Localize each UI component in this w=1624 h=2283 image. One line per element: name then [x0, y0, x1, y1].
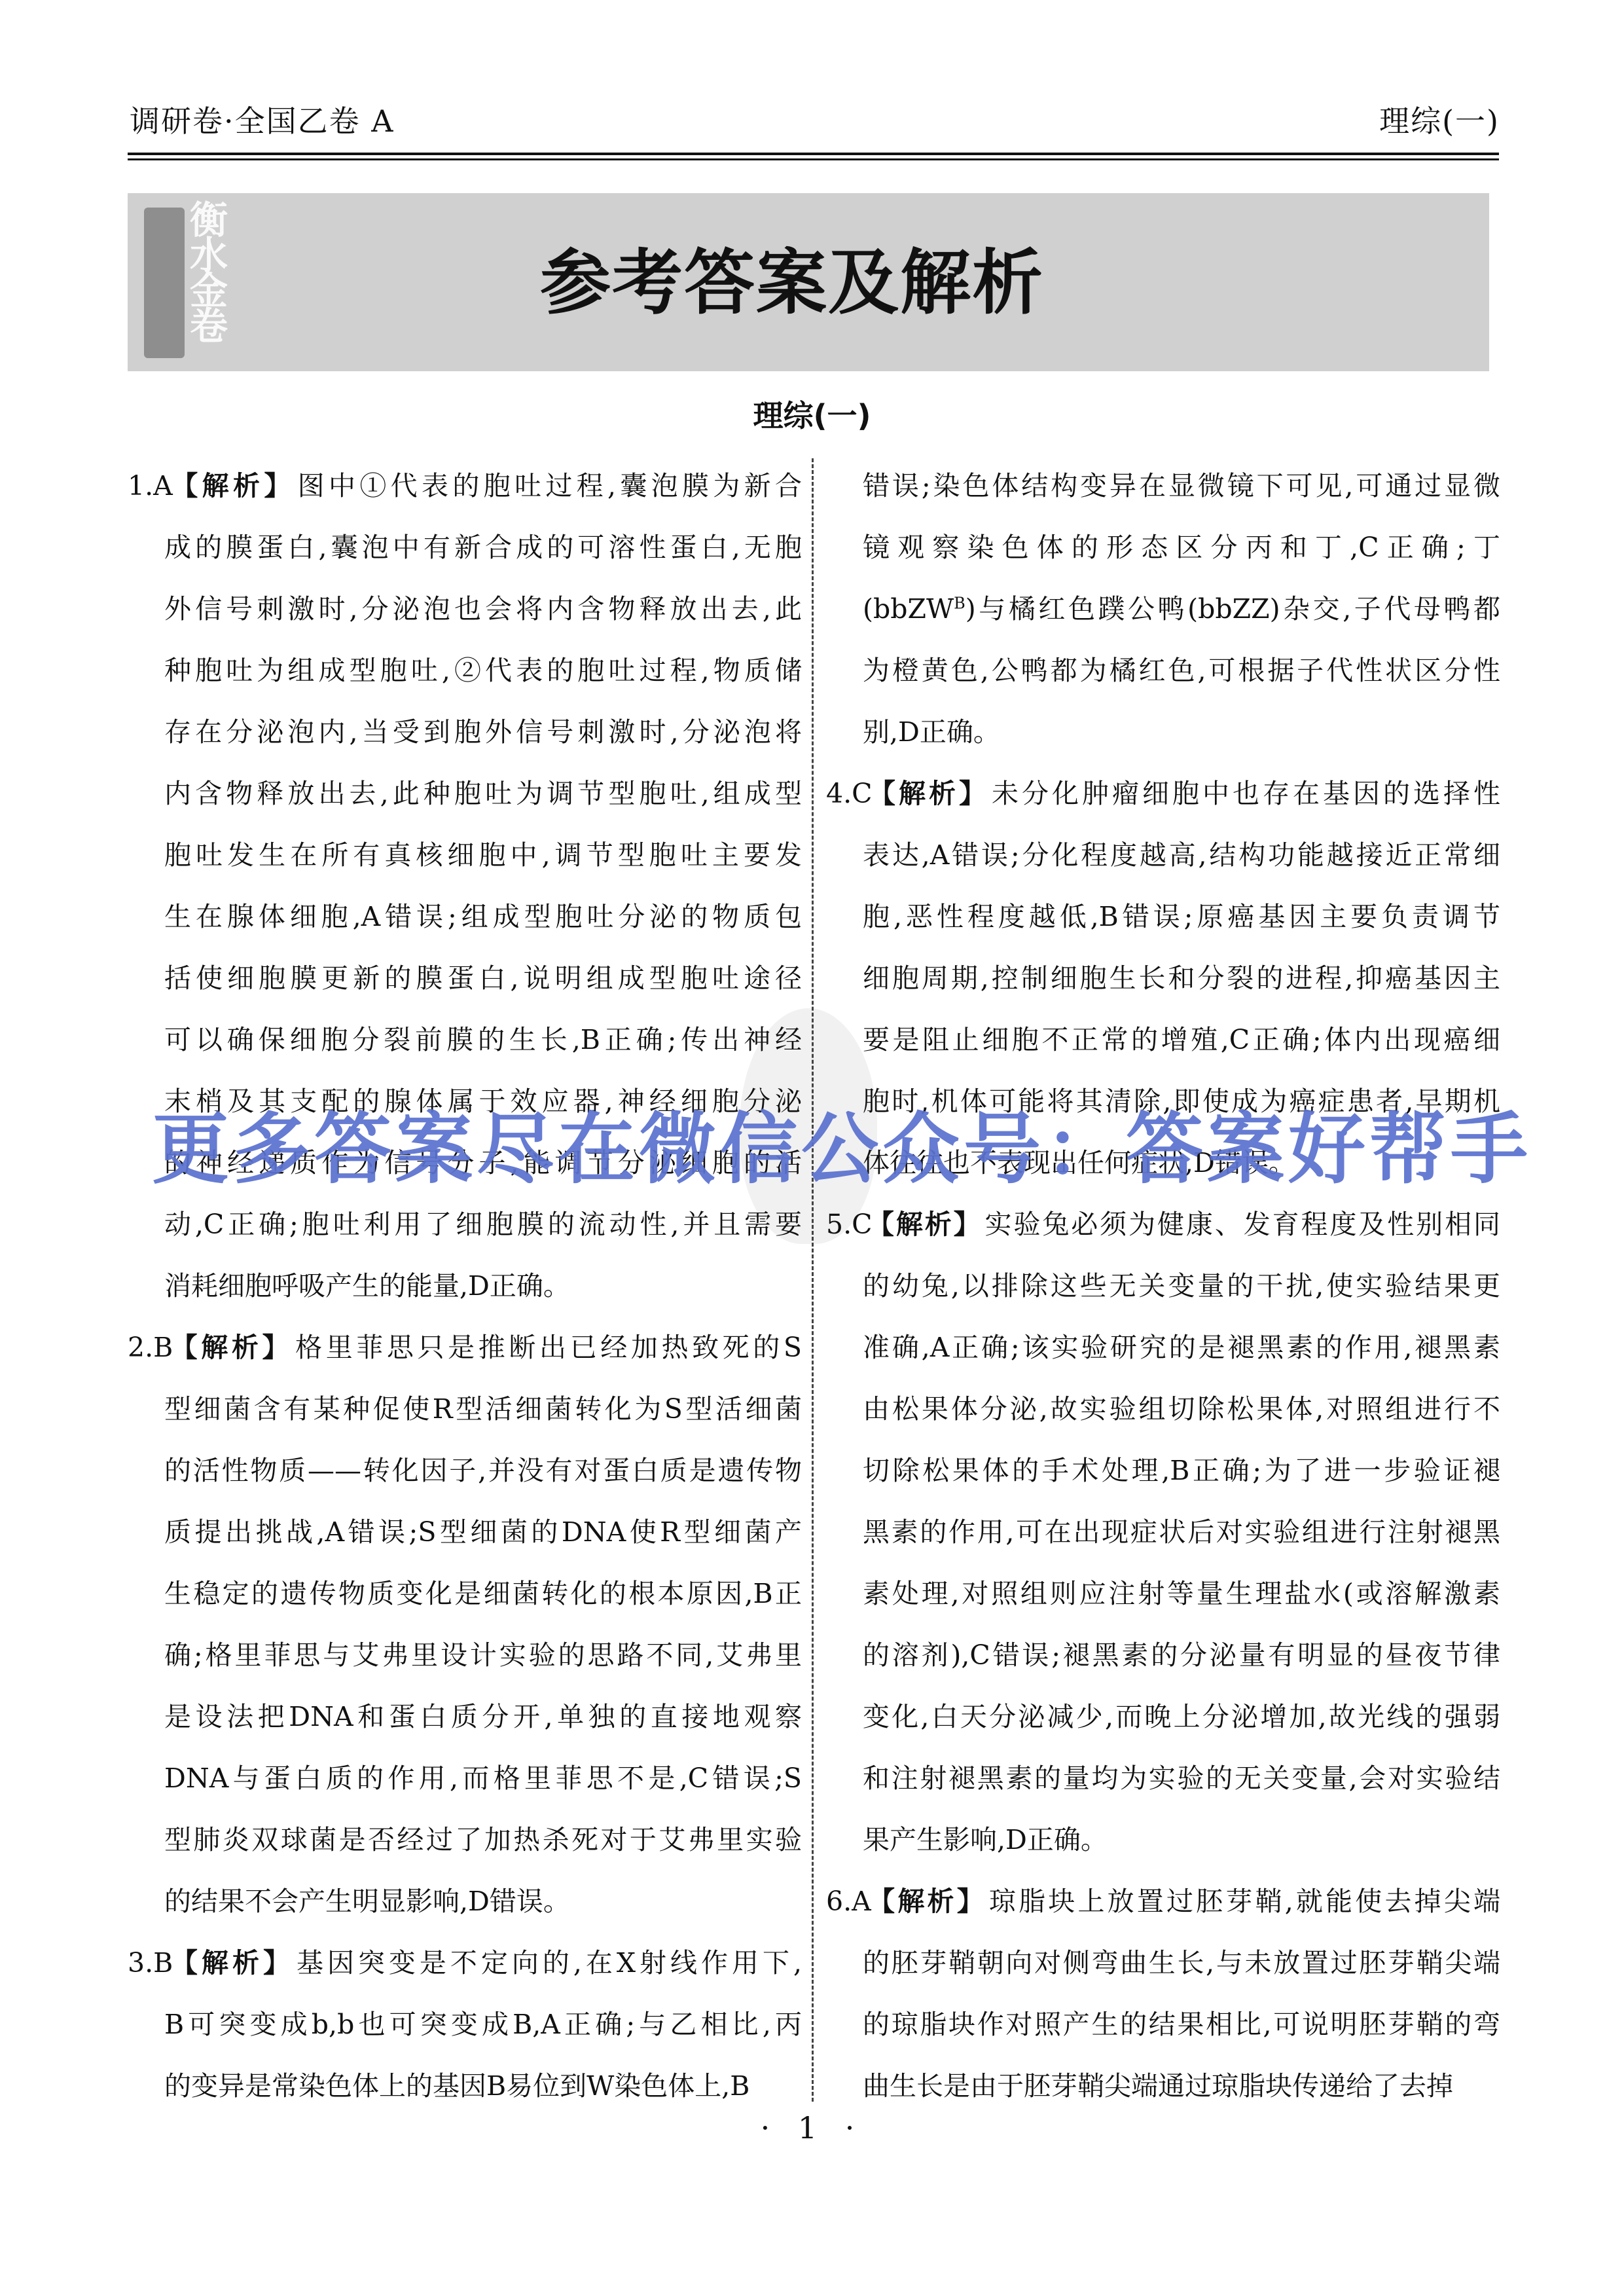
answer-line: 镜观察染色体的形态区分丙和丁,C正确;丁	[826, 517, 1500, 578]
page-number: · 1 ·	[0, 2105, 1624, 2151]
answer-text: 别,D正确。	[863, 716, 1000, 748]
answer-line: 型肺炎双球菌是否经过了加热杀死对于艾弗里实验	[128, 1809, 802, 1871]
answer-text: 琼脂块上放置过胚芽鞘,就能使去掉尖端	[989, 1886, 1500, 1917]
header-rule-thick	[128, 153, 1499, 155]
answer-line: 1.A【解析】图中①代表的胞吐过程,囊泡膜为新合	[128, 455, 802, 517]
answer-line: 的结果不会产生明显影响,D错误。	[128, 1871, 802, 1932]
answer-line: 素处理,对照组则应注射等量生理盐水(或溶解激素	[826, 1563, 1500, 1624]
answer-text: 生稳定的遗传物质变化是细菌转化的根本原因,B正	[164, 1578, 802, 1609]
answer-number: 3.B	[128, 1932, 167, 1994]
title-banner: 衡水金卷 参考答案及解析	[128, 193, 1489, 371]
answer-text: 变化,白天分泌减少,而晚上分泌增加,故光线的强弱	[863, 1701, 1500, 1732]
answer-line: 可以确保细胞分裂前膜的生长,B正确;传出神经	[128, 1009, 802, 1070]
answer-text: DNA与蛋白质的作用,而格里菲思不是,C错误;S	[164, 1762, 802, 1794]
answer-text: 存在分泌泡内,当受到胞外信号刺激时,分泌泡将	[164, 716, 802, 748]
answer-line: 果产生影响,D正确。	[826, 1809, 1500, 1871]
analysis-tag: 【解析】	[865, 1209, 983, 1240]
running-header: 调研卷·全国乙卷 A 理综(一)	[130, 98, 1500, 144]
answer-line: 准确,A正确;该实验研究的是褪黑素的作用,褪黑素	[826, 1317, 1500, 1378]
answer-text: 图中①代表的胞吐过程,囊泡膜为新合	[298, 470, 802, 502]
answer-text: 括使细胞膜更新的膜蛋白,说明组成型胞吐途径	[164, 962, 802, 994]
answer-number: 4.C	[826, 763, 865, 824]
answer-line: 和注射褪黑素的量均为实验的无关变量,会对实验结	[826, 1747, 1500, 1809]
answer-text: 胞,恶性程度越低,B错误;原癌基因主要负责调节	[863, 901, 1500, 932]
answer-line: 质提出挑战,A错误;S型细菌的DNA使R型细菌产	[128, 1501, 802, 1563]
answer-line: 生稳定的遗传物质变化是细菌转化的根本原因,B正	[128, 1563, 802, 1624]
answer-column-right: 错误;染色体结构变异在显微镜下可见,可通过显微镜观察染色体的形态区分丙和丁,C正…	[826, 455, 1500, 2117]
answer-text: 的幼兔,以排除这些无关变量的干扰,使实验结果更	[863, 1270, 1500, 1302]
answer-text: 的胚芽鞘朝向对侧弯曲生长,与未放置过胚芽鞘尖端	[863, 1947, 1500, 1979]
answer-number: 2.B	[128, 1317, 167, 1378]
answer-text: 种胞吐为组成型胞吐,②代表的胞吐过程,物质储	[164, 655, 802, 686]
answer-item: 2.B【解析】格里菲思只是推断出已经加热致死的S型细菌含有某种促使R型活细菌转化…	[128, 1317, 802, 1932]
answer-item: 5.C【解析】实验兔必须为健康、发育程度及性别相同的幼兔,以排除这些无关变量的干…	[826, 1194, 1500, 1871]
answer-text: 曲生长是由于胚芽鞘尖端通过琼脂块传递给了去掉	[863, 2070, 1453, 2102]
promo-watermark: 更多答案尽在微信公众号：答案好帮手	[152, 1100, 1474, 1198]
answer-line: 别,D正确。	[826, 701, 1500, 763]
answer-text: 切除松果体的手术处理,B正确;为了进一步验证褪	[863, 1455, 1500, 1486]
answer-line: 括使细胞膜更新的膜蛋白,说明组成型胞吐途径	[128, 947, 802, 1009]
answer-line: 2.B【解析】格里菲思只是推断出已经加热致死的S	[128, 1317, 802, 1378]
answer-text: 成的膜蛋白,囊泡中有新合成的可溶性蛋白,无胞	[164, 532, 802, 563]
answer-text: 黑素的作用,可在出现症状后对实验组进行注射褪黑	[863, 1516, 1500, 1548]
answer-text: 外信号刺激时,分泌泡也会将内含物释放出去,此	[164, 593, 802, 625]
answer-line: 的幼兔,以排除这些无关变量的干扰,使实验结果更	[826, 1255, 1500, 1317]
answer-text: 基因突变是不定向的,在X射线作用下,	[297, 1947, 802, 1979]
answer-text: 要是阻止细胞不正常的增殖,C正确;体内出现癌细	[863, 1024, 1500, 1055]
answer-text: 消耗细胞呼吸产生的能量,D正确。	[164, 1270, 570, 1302]
answer-line: 型细菌含有某种促使R型活细菌转化为S型活细菌	[128, 1378, 802, 1440]
answer-line: 黑素的作用,可在出现症状后对实验组进行注射褪黑	[826, 1501, 1500, 1563]
answer-text: 的琼脂块作对照产生的结果相比,可说明胚芽鞘的弯	[863, 2009, 1500, 2040]
answer-line: 为橙黄色,公鸭都为橘红色,可根据子代性状区分性	[826, 640, 1500, 701]
answer-text: 素处理,对照组则应注射等量生理盐水(或溶解激素	[863, 1578, 1500, 1609]
answer-text: 果产生影响,D正确。	[863, 1824, 1108, 1855]
answer-text: 准确,A正确;该实验研究的是褪黑素的作用,褪黑素	[863, 1332, 1500, 1363]
answer-line: 成的膜蛋白,囊泡中有新合成的可溶性蛋白,无胞	[128, 517, 802, 578]
answer-text: 胞吐发生在所有真核细胞中,调节型胞吐主要发	[164, 839, 802, 871]
answer-text: 实验兔必须为健康、发育程度及性别相同	[985, 1209, 1500, 1240]
section-title: 理综(一)	[0, 393, 1624, 439]
answer-line: DNA与蛋白质的作用,而格里菲思不是,C错误;S	[128, 1747, 802, 1809]
answer-line: 变化,白天分泌减少,而晚上分泌增加,故光线的强弱	[826, 1686, 1500, 1747]
answer-item: 错误;染色体结构变异在显微镜下可见,可通过显微镜观察染色体的形态区分丙和丁,C正…	[826, 455, 1500, 763]
answer-line: 消耗细胞呼吸产生的能量,D正确。	[128, 1255, 802, 1317]
answer-number: 6.A	[826, 1871, 865, 1932]
analysis-tag: 【解析】	[167, 1947, 294, 1979]
answer-text: 内含物释放出去,此种胞吐为调节型胞吐,组成型	[164, 778, 802, 809]
answer-text: 是设法把DNA和蛋白质分开,单独的直接地观察	[164, 1701, 802, 1732]
answer-line: 4.C【解析】未分化肿瘤细胞中也存在基因的选择性	[826, 763, 1500, 824]
answer-line: 表达,A错误;分化程度越高,结构功能越接近正常细	[826, 824, 1500, 886]
answer-line: 错误;染色体结构变异在显微镜下可见,可通过显微	[826, 455, 1500, 517]
answer-text: 的溶剂),C错误;褪黑素的分泌量有明显的昼夜节律	[863, 1639, 1500, 1671]
answer-text: 型细菌含有某种促使R型活细菌转化为S型活细菌	[164, 1393, 802, 1425]
answer-line: (bbZWB)与橘红色蹼公鸭(bbZZ)杂交,子代母鸭都	[826, 578, 1500, 640]
answer-text: 的变异是常染色体上的基因B易位到W染色体上,B	[164, 2070, 749, 2102]
answer-line: 5.C【解析】实验兔必须为健康、发育程度及性别相同	[826, 1194, 1500, 1255]
answer-line: 的溶剂),C错误;褪黑素的分泌量有明显的昼夜节律	[826, 1624, 1500, 1686]
logo-text: 衡水金卷	[134, 200, 226, 363]
answer-text: 动,C正确;胞吐利用了细胞膜的流动性,并且需要	[164, 1209, 802, 1240]
answer-text: 为橙黄色,公鸭都为橘红色,可根据子代性状区分性	[863, 655, 1500, 686]
answer-line: 6.A【解析】琼脂块上放置过胚芽鞘,就能使去掉尖端	[826, 1871, 1500, 1932]
analysis-tag: 【解析】	[167, 1332, 293, 1363]
answer-item: 3.B【解析】基因突变是不定向的,在X射线作用下,B可突变成b,b也可突变成B,…	[128, 1932, 802, 2117]
answer-column-left: 1.A【解析】图中①代表的胞吐过程,囊泡膜为新合成的膜蛋白,囊泡中有新合成的可溶…	[128, 455, 802, 2117]
answer-text: 格里菲思只是推断出已经加热致死的S	[295, 1332, 802, 1363]
answer-line: 由松果体分泌,故实验组切除松果体,对照组进行不	[826, 1378, 1500, 1440]
answer-text: 的结果不会产生明显影响,D错误。	[164, 1886, 570, 1917]
answer-number: 5.C	[826, 1194, 865, 1255]
answer-text: 的活性物质——转化因子,并没有对蛋白质是遗传物	[164, 1455, 802, 1486]
answer-line: 动,C正确;胞吐利用了细胞膜的流动性,并且需要	[128, 1194, 802, 1255]
answer-text: 镜观察染色体的形态区分丙和丁,C正确;丁	[863, 532, 1500, 563]
answer-line: 切除松果体的手术处理,B正确;为了进一步验证褪	[826, 1440, 1500, 1501]
page-title: 参考答案及解析	[540, 244, 1044, 323]
analysis-tag: 【解析】	[865, 1886, 986, 1917]
answer-text: 错误;染色体结构变异在显微镜下可见,可通过显微	[863, 470, 1500, 502]
answer-text: 型肺炎双球菌是否经过了加热杀死对于艾弗里实验	[164, 1824, 802, 1855]
analysis-tag: 【解析】	[865, 778, 989, 809]
exam-series-label: 调研卷·全国乙卷 A	[130, 98, 394, 144]
answer-line: 确;格里菲思与艾弗里设计实验的思路不同,艾弗里	[128, 1624, 802, 1686]
header-rule-thin	[128, 158, 1499, 160]
answer-line: 存在分泌泡内,当受到胞外信号刺激时,分泌泡将	[128, 701, 802, 763]
analysis-tag: 【解析】	[167, 470, 295, 502]
answer-line: 是设法把DNA和蛋白质分开,单独的直接地观察	[128, 1686, 802, 1747]
subject-label: 理综(一)	[1379, 98, 1500, 144]
answer-line: 胞吐发生在所有真核细胞中,调节型胞吐主要发	[128, 824, 802, 886]
answer-line: 细胞周期,控制细胞生长和分裂的进程,抑癌基因主	[826, 947, 1500, 1009]
answer-text: 未分化肿瘤细胞中也存在基因的选择性	[992, 778, 1500, 809]
answer-text: 确;格里菲思与艾弗里设计实验的思路不同,艾弗里	[164, 1639, 802, 1671]
answer-line: 外信号刺激时,分泌泡也会将内含物释放出去,此	[128, 578, 802, 640]
answer-text: 和注射褪黑素的量均为实验的无关变量,会对实验结	[863, 1762, 1500, 1794]
answer-item: 6.A【解析】琼脂块上放置过胚芽鞘,就能使去掉尖端的胚芽鞘朝向对侧弯曲生长,与未…	[826, 1871, 1500, 2117]
answer-number: 1.A	[128, 455, 167, 517]
answer-line: 的琼脂块作对照产生的结果相比,可说明胚芽鞘的弯	[826, 1994, 1500, 2055]
answer-line: 内含物释放出去,此种胞吐为调节型胞吐,组成型	[128, 763, 802, 824]
answer-text: 表达,A错误;分化程度越高,结构功能越接近正常细	[863, 839, 1500, 871]
column-divider	[812, 458, 814, 2102]
answer-line: 胞,恶性程度越低,B错误;原癌基因主要负责调节	[826, 886, 1500, 947]
answer-line: 3.B【解析】基因突变是不定向的,在X射线作用下,	[128, 1932, 802, 1994]
answer-line: 的活性物质——转化因子,并没有对蛋白质是遗传物	[128, 1440, 802, 1501]
answer-text: (bbZWB)与橘红色蹼公鸭(bbZZ)杂交,子代母鸭都	[863, 593, 1500, 625]
answer-text: 生在腺体细胞,A错误;组成型胞吐分泌的物质包	[164, 901, 802, 932]
answer-line: 要是阻止细胞不正常的增殖,C正确;体内出现癌细	[826, 1009, 1500, 1070]
answer-text: 质提出挑战,A错误;S型细菌的DNA使R型细菌产	[164, 1516, 802, 1548]
answer-text: B可突变成b,b也可突变成B,A正确;与乙相比,丙	[164, 2009, 802, 2040]
answer-line: 生在腺体细胞,A错误;组成型胞吐分泌的物质包	[128, 886, 802, 947]
answer-text: 可以确保细胞分裂前膜的生长,B正确;传出神经	[164, 1024, 802, 1055]
answer-text: 由松果体分泌,故实验组切除松果体,对照组进行不	[863, 1393, 1500, 1425]
answer-line: 种胞吐为组成型胞吐,②代表的胞吐过程,物质储	[128, 640, 802, 701]
answer-text: 细胞周期,控制细胞生长和分裂的进程,抑癌基因主	[863, 962, 1500, 994]
answer-line: 的胚芽鞘朝向对侧弯曲生长,与未放置过胚芽鞘尖端	[826, 1932, 1500, 1994]
answer-line: B可突变成b,b也可突变成B,A正确;与乙相比,丙	[128, 1994, 802, 2055]
